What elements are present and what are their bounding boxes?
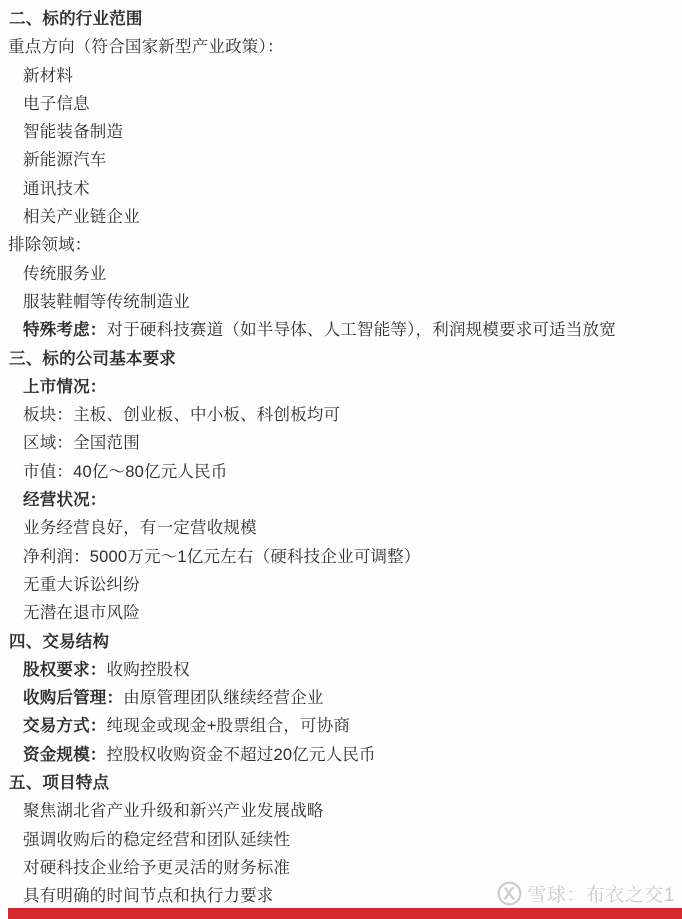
field-line: 收购后管理：由原管理团队继续经营企业 [0, 684, 682, 712]
list-item: 服装鞋帽等传统制造业 [0, 288, 682, 316]
list-item: 新材料 [0, 62, 682, 90]
list-item: 电子信息 [0, 90, 682, 118]
field-line: 特殊考虑：对于硬科技赛道（如半导体、人工智能等），利润规模要求可适当放宽 [0, 316, 682, 344]
list-item: 通讯技术 [0, 175, 682, 203]
field-value: 控股权收购资金不超过20亿元人民币 [107, 746, 376, 764]
field-line: 资金规模：控股权收购资金不超过20亿元人民币 [0, 741, 682, 769]
section-heading: 三、标的公司基本要求 [0, 345, 682, 373]
field-value: 由原管理团队继续经营企业 [123, 689, 323, 707]
watermark: 雪球：布衣之交1 [497, 880, 675, 907]
section-heading: 五、项目特点 [0, 769, 682, 797]
list-item: 无重大诉讼纠纷 [0, 571, 682, 599]
list-item: 智能装备制造 [0, 118, 682, 146]
list-item: 市值：40亿～80亿元人民币 [0, 458, 682, 486]
list-item: 区域：全国范围 [0, 429, 682, 457]
list-item: 新能源汽车 [0, 146, 682, 174]
list-item: 强调收购后的稳定经营和团队延续性 [0, 826, 682, 854]
bottom-accent-bar [8, 908, 682, 919]
list-item: 无潜在退市风险 [0, 599, 682, 627]
section-heading: 二、标的行业范围 [0, 5, 682, 33]
field-value: 收购控股权 [107, 661, 191, 679]
paragraph: 排除领域： [0, 231, 682, 259]
list-item: 业务经营良好，有一定营收规模 [0, 514, 682, 542]
field-line: 交易方式：纯现金或现金+股票组合，可协商 [0, 712, 682, 740]
field-group-label: 经营状况： [0, 486, 682, 514]
list-item: 聚焦湖北省产业升级和新兴产业发展战略 [0, 797, 682, 825]
field-group-label: 上市情况： [0, 373, 682, 401]
field-value: 对于硬科技赛道（如半导体、人工智能等），利润规模要求可适当放宽 [107, 321, 616, 339]
field-label: 特殊考虑： [23, 321, 107, 339]
watermark-text: 雪球：布衣之交1 [527, 880, 675, 907]
field-value: 纯现金或现金+股票组合，可协商 [107, 717, 351, 735]
field-label: 股权要求： [23, 661, 107, 679]
field-label: 交易方式： [23, 717, 107, 735]
field-label: 资金规模： [23, 746, 107, 764]
paragraph: 重点方向（符合国家新型产业政策）： [0, 33, 682, 61]
field-label: 收购后管理： [23, 689, 123, 707]
xueqiu-logo-icon [497, 881, 522, 906]
list-item: 净利润：5000万元～1亿元左右（硬科技企业可调整） [0, 543, 682, 571]
document-body: 二、标的行业范围重点方向（符合国家新型产业政策）：新材料电子信息智能装备制造新能… [0, 5, 682, 911]
list-item: 板块：主板、创业板、中小板、科创板均可 [0, 401, 682, 429]
field-line: 股权要求：收购控股权 [0, 656, 682, 684]
list-item: 对硬科技企业给予更灵活的财务标准 [0, 854, 682, 882]
section-heading: 四、交易结构 [0, 628, 682, 656]
list-item: 传统服务业 [0, 260, 682, 288]
list-item: 相关产业链企业 [0, 203, 682, 231]
